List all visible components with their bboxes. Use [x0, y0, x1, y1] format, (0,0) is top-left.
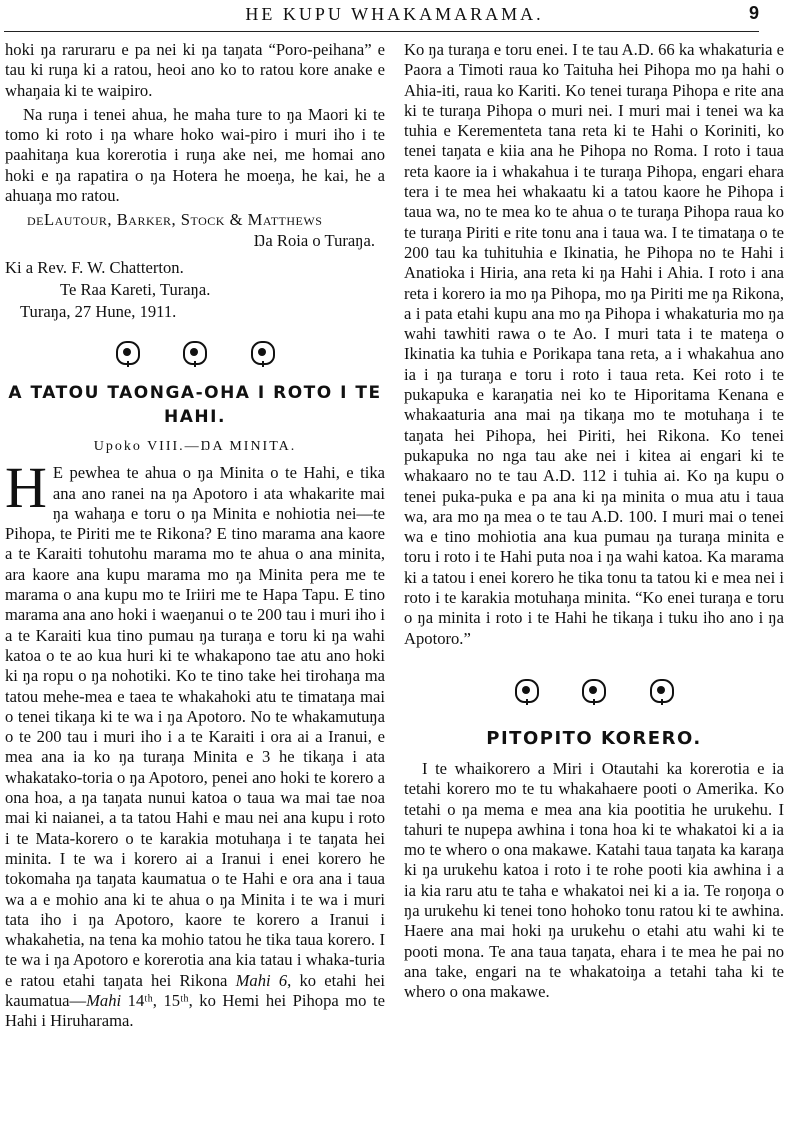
paragraph: Ko ŋa turaŋa e toru enei. I te tau A.D. … [404, 40, 784, 649]
right-column: Ko ŋa turaŋa e toru enei. I te tau A.D. … [404, 40, 784, 1006]
scripture-ref: Mahi [86, 991, 121, 1010]
ornament-divider [404, 679, 784, 703]
signature-names: deLautour, Barker, Stock & Matthews [5, 210, 385, 230]
rose-ornament-icon [515, 679, 539, 703]
ornament-divider [5, 341, 385, 365]
left-column: hoki ŋa raruraru e pa nei ki ŋa taŋata “… [5, 40, 385, 1036]
address-line: Ki a Rev. F. W. Chatterton. [5, 257, 385, 279]
article-body: HE pewhea te ahua o ŋa Minita o te Hahi,… [5, 463, 385, 1031]
page-header: HE KUPU WHAKAMARAMA. 9 [0, 0, 789, 34]
signature: deLautour, Barker, Stock & Matthews Ŋa R… [5, 210, 385, 251]
address-block: Ki a Rev. F. W. Chatterton. Te Raa Karet… [5, 257, 385, 323]
rose-ornament-icon [183, 341, 207, 365]
signature-role: Ŋa Roia o Turaŋa. [5, 231, 385, 251]
drop-cap: H [5, 465, 47, 511]
running-title: HE KUPU WHAKAMARAMA. [0, 4, 789, 25]
article-body: I te whaikorero a Miri i Otautahi ka kor… [404, 759, 784, 1003]
scripture-ref: Mahi 6 [236, 971, 288, 990]
rose-ornament-icon [251, 341, 275, 365]
rose-ornament-icon [582, 679, 606, 703]
rose-ornament-icon [116, 341, 140, 365]
page-number: 9 [749, 3, 759, 24]
paragraph: hoki ŋa raruraru e pa nei ki ŋa taŋata “… [5, 40, 385, 101]
address-line: Te Raa Kareti, Turaŋa. [5, 279, 385, 301]
article-title: A TATOU TAONGA-OHA I ROTO I TE HAHI. [5, 381, 385, 429]
article-subtitle: Upoko VIII.—ŊA MINITA. [5, 437, 385, 457]
rose-ornament-icon [650, 679, 674, 703]
header-rule [4, 31, 759, 32]
article-title: PITOPITO KORERO. [404, 727, 784, 751]
paragraph: Na ruŋa i tenei ahua, he maha ture to ŋa… [5, 105, 385, 206]
address-line: Turaŋa, 27 Hune, 1911. [5, 301, 385, 323]
